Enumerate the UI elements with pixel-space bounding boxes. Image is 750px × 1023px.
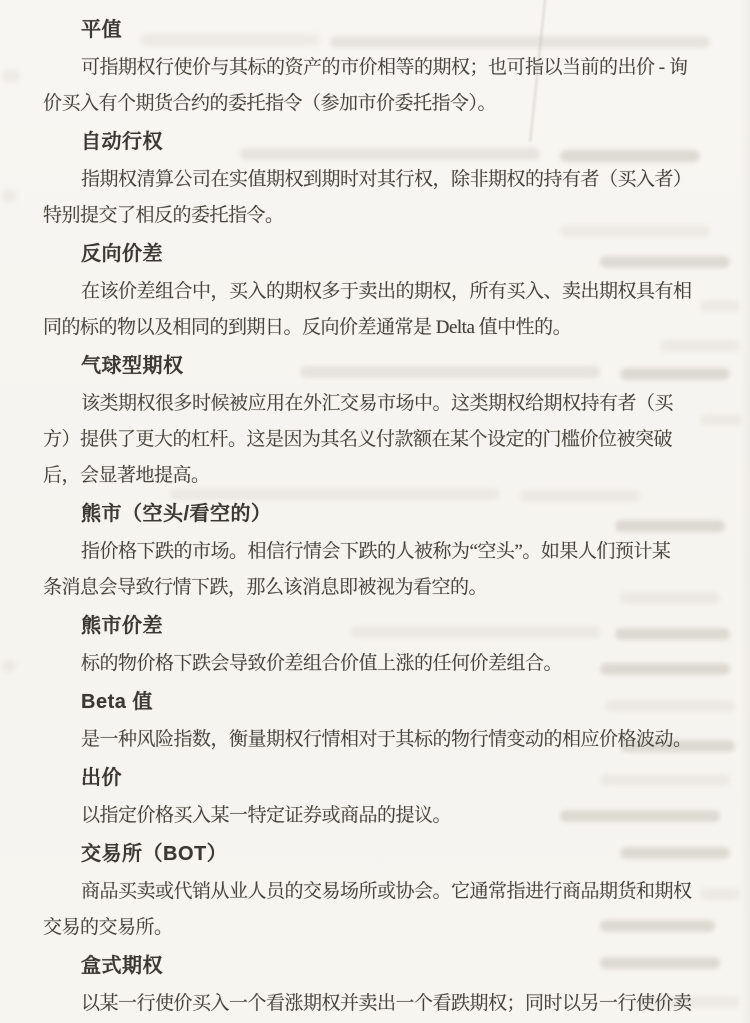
glossary-content: 平值可指期权行使价与其标的资产的市价相等的期权；也可指以当前的出价 - 询价买入… xyxy=(43,10,711,1022)
definition-line: 标的物价格下跌会导致价差组合价值上涨的任何价差组合。 xyxy=(43,646,711,682)
definition-line: 指价格下跌的市场。相信行情会下跌的人被称为“空头”。如果人们预计某 xyxy=(43,534,711,570)
definition-line: 条消息会导致行情下跌，那么该消息即被视为看空的。 xyxy=(43,570,711,606)
definition-line: 方）提供了更大的杠杆。这是因为其名义付款额在某个设定的门槛价位被突破 xyxy=(43,422,711,458)
term-heading: 熊市价差 xyxy=(43,608,711,644)
definition-line: 在该价差组合中，买入的期权多于卖出的期权，所有买入、卖出期权具有相 xyxy=(43,274,711,310)
term-heading: 气球型期权 xyxy=(43,348,711,384)
definition-line: 交易的交易所。 xyxy=(43,910,711,946)
definition-line: 指期权清算公司在实值期权到期时对其行权，除非期权的持有者（买入者） xyxy=(43,162,711,198)
definition-line: 后，会显著地提高。 xyxy=(43,458,711,494)
definition-line: 以某一行使价买入一个看涨期权并卖出一个看跌期权；同时以另一行使价卖 xyxy=(43,986,711,1022)
definition-line: 同的标的物以及相同的到期日。反向价差通常是 Delta 值中性的。 xyxy=(43,310,711,346)
term-heading: 熊市（空头/看空的） xyxy=(43,496,711,532)
term-heading: 盒式期权 xyxy=(43,948,711,984)
term-heading: 自动行权 xyxy=(43,124,711,160)
bleedthrough-mark xyxy=(2,190,17,202)
definition-line: 特别提交了相反的委托指令。 xyxy=(43,198,711,234)
scanned-book-page: { "page": { "background_color": "#f7f5f0… xyxy=(0,0,750,1023)
term-heading: 平值 xyxy=(43,12,711,48)
definition-line: 可指期权行使价与其标的资产的市价相等的期权；也可指以当前的出价 - 询 xyxy=(43,50,711,86)
bleedthrough-mark xyxy=(2,660,16,672)
term-heading: 出价 xyxy=(43,760,711,796)
term-heading: Beta 值 xyxy=(43,684,711,720)
definition-line: 该类期权很多时候被应用在外汇交易市场中。这类期权给期权持有者（买 xyxy=(43,386,711,422)
definition-line: 是一种风险指数，衡量期权行情相对于其标的物行情变动的相应价格波动。 xyxy=(43,722,711,758)
term-heading: 交易所（BOT） xyxy=(43,836,711,872)
definition-line: 价买入有个期货合约的委托指令（参加市价委托指令）。 xyxy=(43,86,711,122)
bleedthrough-mark xyxy=(2,70,20,82)
definition-line: 以指定价格买入某一特定证券或商品的提议。 xyxy=(43,798,711,834)
term-heading: 反向价差 xyxy=(43,236,711,272)
definition-line: 商品买卖或代销从业人员的交易场所或协会。它通常指进行商品期货和期权 xyxy=(43,874,711,910)
